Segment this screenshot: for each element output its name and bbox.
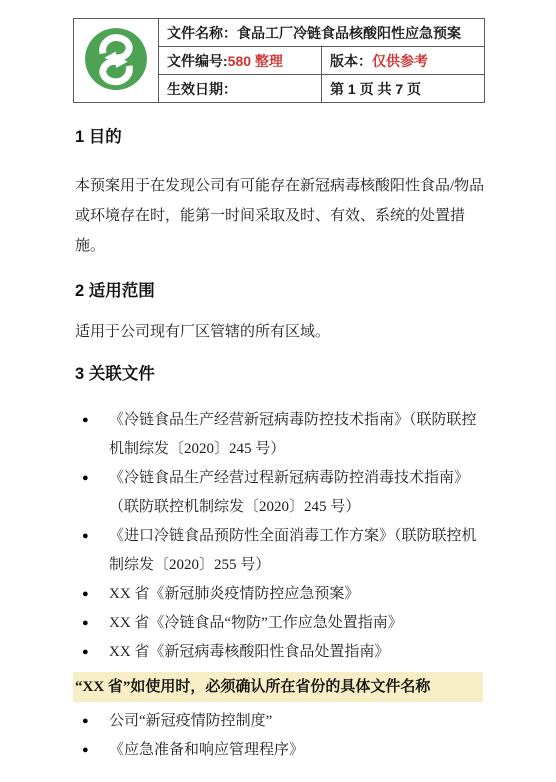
version-cell: 版本：仅供参考 (322, 47, 485, 75)
related-docs-list-2: 公司“新冠疫情防控制度” 《应急准备和响应管理程序》 (75, 707, 485, 765)
section-heading-related-docs: 3 关联文件 (75, 364, 485, 384)
logo-cell (74, 19, 159, 103)
list-item: 《进口冷链食品预防性全面消毒工作方案》（联防联控机制综发〔2020〕255 号） (75, 522, 485, 580)
doc-no-value: 580 整理 (228, 53, 283, 69)
page-info: 第 1 页 共 7 页 (330, 81, 421, 97)
doc-name-cell: 文件名称：食品工厂冷链食品核酸阳性应急预案 (159, 19, 485, 47)
list-item: 公司“新冠疫情防控制度” (75, 707, 485, 736)
purpose-paragraph: 本预案用于在发现公司有可能存在新冠病毒核酸阳性食品/物品或环境存在时，能第一时间… (75, 171, 485, 261)
document-body: 1 目的 本预案用于在发现公司有可能存在新冠病毒核酸阳性食品/物品或环境存在时，… (75, 127, 485, 765)
list-item-text: XX 省《冷链食品“物防”工作应急处置指南》 (109, 615, 403, 631)
section-heading-purpose: 1 目的 (75, 127, 485, 147)
page-info-cell: 第 1 页 共 7 页 (322, 75, 485, 103)
doc-no-cell: 文件编号:580 整理 (159, 47, 322, 75)
highlighted-note: “XX 省”如使用时，必须确认所在省份的具体文件名称 (73, 672, 483, 702)
list-item: 《冷链食品生产经营过程新冠病毒防控消毒技术指南》（联防联控机制综发〔2020〕2… (75, 464, 485, 522)
related-docs-list: 《冷链食品生产经营新冠病毒防控技术指南》（联防联控机制综发〔2020〕245 号… (75, 406, 485, 667)
list-item: XX 省《冷链食品“物防”工作应急处置指南》 (75, 609, 485, 638)
list-item-text: 《应急准备和响应管理程序》 (109, 742, 304, 758)
version-value: 仅供参考 (372, 53, 428, 69)
list-item-text: 《冷链食品生产经营过程新冠病毒防控消毒技术指南》（联防联控机制综发〔2020〕2… (109, 470, 469, 515)
list-item-text: 公司“新冠疫情防控制度” (109, 713, 272, 729)
list-item: XX 省《新冠病毒核酸阳性食品处置指南》 (75, 638, 485, 667)
doc-name-value: 食品工厂冷链食品核酸阳性应急预案 (237, 25, 461, 41)
section-heading-scope: 2 适用范围 (75, 281, 485, 301)
list-item: XX 省《新冠肺炎疫情防控应急预案》 (75, 580, 485, 609)
header-table: 文件名称：食品工厂冷链食品核酸阳性应急预案 文件编号:580 整理 版本：仅供参… (73, 18, 485, 103)
doc-name-label: 文件名称： (167, 25, 237, 41)
scope-paragraph: 适用于公司现有厂区管辖的所有区域。 (75, 317, 485, 347)
version-label: 版本： (330, 53, 372, 69)
list-item-text: 《进口冷链食品预防性全面消毒工作方案》（联防联控机制综发〔2020〕255 号） (109, 528, 477, 573)
doc-no-label: 文件编号: (167, 53, 228, 69)
list-item-text: XX 省《新冠肺炎疫情防控应急预案》 (109, 586, 359, 602)
s-swap-arrows-icon (83, 26, 149, 92)
effective-date-cell: 生效日期： (159, 75, 322, 103)
list-item-text: 《冷链食品生产经营新冠病毒防控技术指南》（联防联控机制综发〔2020〕245 号… (109, 412, 477, 457)
list-item: 《冷链食品生产经营新冠病毒防控技术指南》（联防联控机制综发〔2020〕245 号… (75, 406, 485, 464)
list-item: 《应急准备和响应管理程序》 (75, 736, 485, 765)
document-page: 文件名称：食品工厂冷链食品核酸阳性应急预案 文件编号:580 整理 版本：仅供参… (0, 0, 556, 782)
effective-date-label: 生效日期： (167, 81, 237, 97)
list-item-text: XX 省《新冠病毒核酸阳性食品处置指南》 (109, 644, 389, 660)
